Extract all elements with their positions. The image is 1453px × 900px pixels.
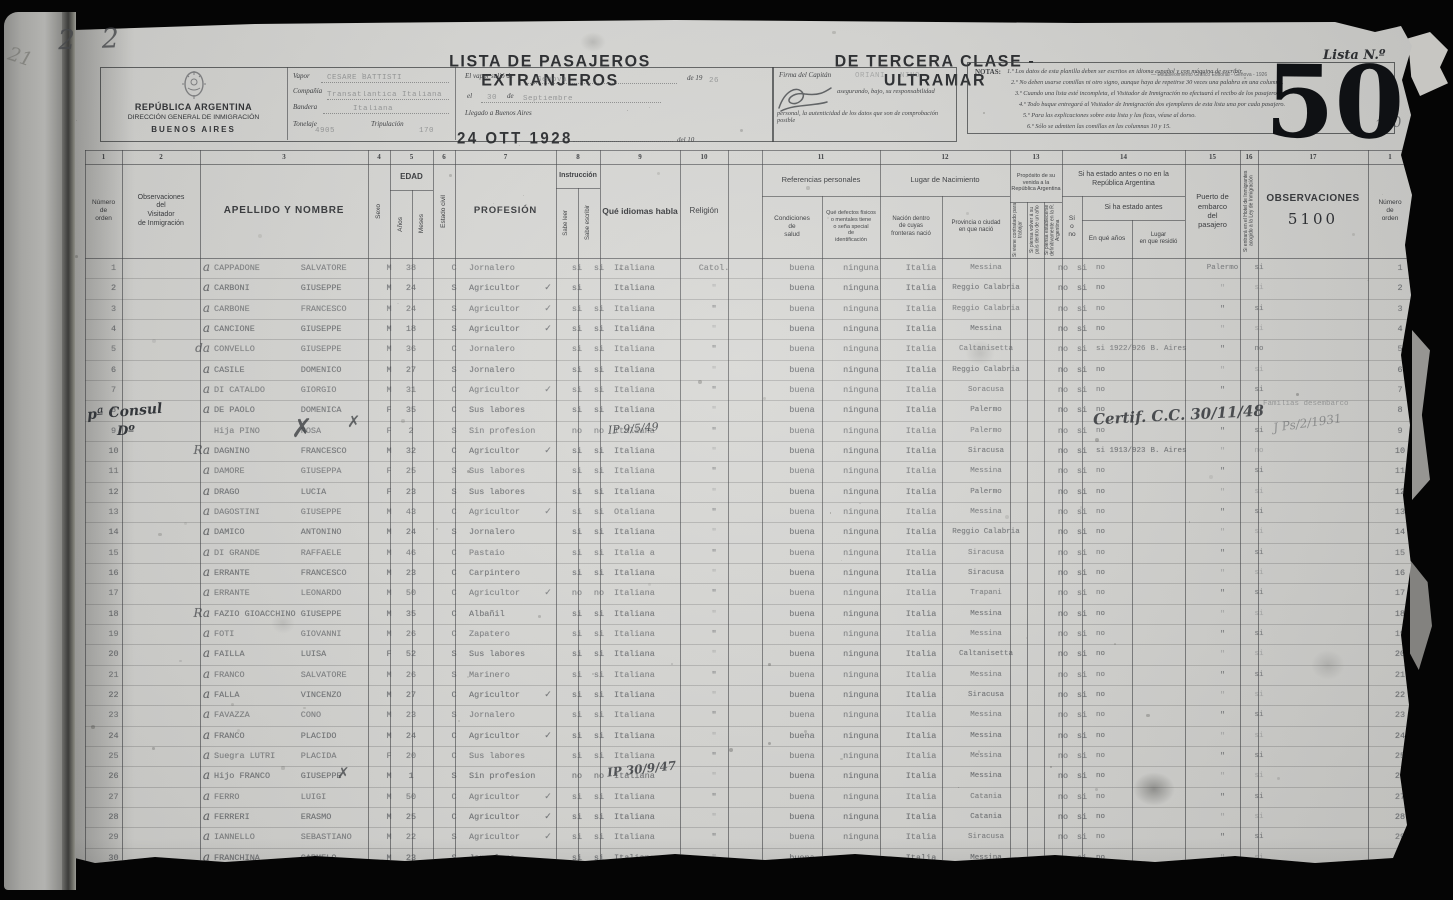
cell-nom: ERRANTE LEONARDO [210, 583, 382, 603]
cell-he: buena [772, 583, 832, 603]
cell-lg: Italiana [610, 299, 694, 319]
cell-lg: Italiana [610, 583, 694, 603]
cell-rl: " [690, 604, 738, 624]
cell-sx: F [378, 644, 400, 664]
passenger-row: 11aDAMORE GIUSEPPAF25SSus laboressisiIta… [85, 461, 1412, 482]
cell-df: ninguna [832, 258, 890, 278]
cell-he: buena [772, 360, 832, 380]
col-header-nacimiento: Lugar de Nacimiento [880, 164, 1010, 196]
cell-sx: M [378, 563, 400, 583]
profession-checkmark: ✓ [540, 299, 556, 319]
cell-ht: si [1250, 705, 1268, 725]
cell-ht: si [1250, 766, 1268, 786]
handwritten-page-number: 2 2 [57, 23, 128, 56]
cell-obs: a [132, 624, 210, 644]
col-header-nombre: APELLIDO Y NOMBRE [200, 164, 368, 258]
cell-df: ninguna [832, 766, 890, 786]
stain [580, 32, 606, 52]
col-header-hotel: Si entrará en el Hotel de Inmigrantes ac… [1240, 164, 1258, 258]
cell-he: buena [772, 441, 832, 461]
cell-ht: si [1250, 848, 1268, 868]
cell-wr: si [588, 319, 610, 339]
cell-df: ninguna [832, 482, 890, 502]
cell-ht: si [1250, 685, 1268, 705]
cell-wr: si [588, 848, 610, 868]
cell-rd: si [566, 807, 588, 827]
cell-he: buena [772, 482, 832, 502]
cell-nom: DI CATALDO GIORGIO [210, 380, 382, 400]
cell-nom: FRANCHINA CARMELO [210, 848, 382, 868]
cell-ag: 25 [400, 807, 422, 827]
cell-m1: no [1054, 665, 1072, 685]
cell-m3: no [1092, 543, 1146, 563]
passenger-row: 22aFALLA VINCENZOM27CAgricultor✓sisiItal… [85, 685, 1412, 706]
cell-m1: no [1054, 543, 1072, 563]
cell-sx: M [378, 522, 400, 542]
cell-m1: no [1054, 278, 1072, 298]
cell-pt: " [1195, 319, 1250, 339]
document-page: LISTA DE PASAJEROS EXTRANJEROS DE TERCER… [75, 20, 1412, 878]
cell-cv: C [443, 726, 465, 746]
cell-pt: " [1195, 543, 1250, 563]
cell-ht: si [1250, 644, 1268, 664]
cell-obs: Ra [132, 441, 210, 461]
cell-num1: 10 [95, 441, 132, 461]
cell-nom: FAVAZZA CONO [210, 705, 382, 725]
col-header-si-no: Sí o no [1062, 196, 1082, 258]
cell-wr: si [588, 604, 610, 624]
cell-df: ninguna [832, 644, 890, 664]
col-header-referencias: Referencias personales [762, 164, 880, 196]
cell-cv: S [443, 644, 465, 664]
cell-pt: " [1195, 746, 1250, 766]
passenger-row: 17aERRANTE LEONARDOM50CAgricultor✓nonoIt… [85, 583, 1412, 604]
cell-lg: Italia a [610, 543, 694, 563]
cell-ht: no [1250, 339, 1268, 359]
cell-obs: a [132, 482, 210, 502]
cell-df: ninguna [832, 461, 890, 481]
cell-m3: no [1092, 624, 1146, 644]
cell-cv: S [443, 827, 465, 847]
cell-m3: no [1092, 360, 1146, 380]
cell-lg: Italiana [610, 380, 694, 400]
el-label: el [467, 92, 472, 100]
bandera-label: Bandera [293, 103, 317, 111]
cell-m3: no [1092, 787, 1146, 807]
cell-ag: 36 [400, 339, 422, 359]
cell-obs: a [132, 644, 210, 664]
passenger-row: 10RaDAGNINO FRANCESCOM32CAgricultor✓sisi… [85, 441, 1412, 462]
cell-sx: F [378, 400, 400, 420]
cell-ag: 52 [400, 644, 422, 664]
cell-obs: a [132, 543, 210, 563]
cell-m3: no [1092, 705, 1146, 725]
cell-m1: no [1054, 461, 1072, 481]
cell-pt: " [1195, 380, 1250, 400]
tripulacion-label: Tripulación [371, 120, 404, 128]
salio-label: El vapor salió de [465, 72, 513, 80]
compania-label: Compañía [293, 87, 322, 95]
col-number: 10 [680, 150, 728, 164]
col-header-sabe-escribir: Sabe escribir [578, 188, 600, 258]
cell-m1: no [1054, 726, 1072, 746]
cell-df: ninguna [832, 827, 890, 847]
anio-value: 26 [709, 77, 719, 85]
cell-num1: 12 [95, 482, 132, 502]
cell-rl: " [690, 705, 738, 725]
cell-num1: 23 [95, 705, 132, 725]
cell-num1: 3 [95, 299, 132, 319]
cell-rl: " [690, 726, 738, 746]
cell-pt: " [1195, 787, 1250, 807]
cell-nom: FERRERI ERASMO [210, 807, 382, 827]
cell-rl: " [690, 685, 738, 705]
cell-he: buena [772, 726, 832, 746]
cell-wr: si [588, 482, 610, 502]
cell-rl: " [690, 848, 738, 868]
cell-sx: F [378, 421, 400, 441]
cell-he: buena [772, 421, 832, 441]
cell-num1: 21 [95, 665, 132, 685]
cell-wr: si [588, 258, 610, 278]
cell-pf: Zapatero [465, 624, 570, 644]
cell-lg: Italiana [610, 604, 694, 624]
cell-nom: CONVELLO GIUSEPPE [210, 339, 382, 359]
cell-num1: 26 [95, 766, 132, 786]
cell-df: ninguna [832, 746, 890, 766]
cell-m1: no [1054, 705, 1072, 725]
cell-lg: Otaliana [610, 502, 694, 522]
cell-lg: Italiana [610, 807, 694, 827]
cell-rd: si [566, 604, 588, 624]
cell-ag: 24 [400, 299, 422, 319]
cell-cv: C [443, 807, 465, 827]
cell-wr: si [588, 746, 610, 766]
passenger-row: 13aDAGOSTINI GIUSEPPEM43CAgricultor✓sisi… [85, 502, 1412, 523]
cell-rd: si [566, 726, 588, 746]
cell-df: ninguna [832, 502, 890, 522]
col-number: 15 [1185, 150, 1240, 164]
cell-obs: a [132, 522, 210, 542]
col-header-sexo: Sexo [368, 164, 390, 258]
cell-num1: 24 [95, 726, 132, 746]
org-city: BUENOS AIRES [100, 125, 287, 134]
cell-he: buena [772, 827, 832, 847]
cell-m1: no [1054, 380, 1072, 400]
cell-m1: no [1054, 563, 1072, 583]
cell-sx: M [378, 299, 400, 319]
cell-rl: " [690, 827, 738, 847]
cell-nom: CASILE DOMENICO [210, 360, 382, 380]
cell-he: buena [772, 787, 832, 807]
cell-ag: 23 [400, 705, 422, 725]
cell-nom: DAMICO ANTONINO [210, 522, 382, 542]
passenger-row: 6aCASILE DOMENICOM27SJornalerosisiItalia… [85, 360, 1412, 381]
cell-wr: si [588, 705, 610, 725]
cell-lg: Italiana [610, 319, 694, 339]
cell-rd: si [566, 441, 588, 461]
cell-pt: " [1195, 644, 1250, 664]
cell-pf: Jornalero [465, 522, 570, 542]
cell-rd: no [566, 583, 588, 603]
cell-num1: 14 [95, 522, 132, 542]
cell-he: buena [772, 299, 832, 319]
cell-rd: si [566, 339, 588, 359]
cell-rl: " [690, 502, 738, 522]
cell-m3: no [1092, 807, 1146, 827]
col-header-proposito-2: Si piensa volver á su país dentro de un … [1027, 202, 1044, 258]
cell-nom: FRANCO PLACIDO [210, 726, 382, 746]
cell-he: buena [772, 665, 832, 685]
cell-m1: no [1054, 299, 1072, 319]
cell-num2: 2 [1378, 278, 1422, 298]
cell-ag: 35 [400, 400, 422, 420]
cell-sx: M [378, 278, 400, 298]
vapor-label: Vapor [293, 72, 310, 80]
passenger-row: 24aFRANCO PLACIDOM24CAgricultor✓sisiItal… [85, 726, 1412, 747]
cell-cv: S [443, 665, 465, 685]
cell-pt: " [1195, 848, 1250, 868]
cell-df: ninguna [832, 624, 890, 644]
cell-ag: 35 [400, 604, 422, 624]
cell-ag: 46 [400, 543, 422, 563]
passenger-row: 12aDRAGO LUCIAF23SSus laboressisiItalian… [85, 482, 1412, 503]
cell-ht: si [1250, 278, 1268, 298]
cell-pl: B. Aires [1142, 441, 1195, 461]
cell-m1: no [1054, 644, 1072, 664]
cell-m3: si 1922/926 [1092, 339, 1146, 359]
cell-m1: no [1054, 787, 1072, 807]
col-header-idiomas: Qué idiomas habla [600, 164, 680, 258]
cell-m1: no [1054, 319, 1072, 339]
cell-num1: 7 [95, 380, 132, 400]
ditto-note: Dº [117, 424, 135, 439]
cell-sx: M [378, 543, 400, 563]
profession-checkmark: ✓ [540, 807, 556, 827]
notas-label: NOTAS: [975, 68, 1001, 76]
cell-obs: a [132, 502, 210, 522]
cell-pf: Jornalero [465, 258, 570, 278]
cell-df: ninguna [832, 543, 890, 563]
col-number: 5 [390, 150, 433, 164]
cell-df: ninguna [832, 563, 890, 583]
cell-he: buena [772, 746, 832, 766]
cell-df: ninguna [832, 278, 890, 298]
cell-cv: C [443, 380, 465, 400]
cell-rd: no [566, 421, 588, 441]
cell-ag: 24 [400, 726, 422, 746]
cell-rd: si [566, 278, 588, 298]
cell-m1: no [1054, 604, 1072, 624]
cell-cv: C [443, 563, 465, 583]
cell-sx: M [378, 604, 400, 624]
cell-sx: M [378, 380, 400, 400]
registry-number-stamp: 5100 [1288, 210, 1338, 229]
cell-wr: si [588, 380, 610, 400]
cell-ht: si [1250, 522, 1268, 542]
cell-he: buena [772, 807, 832, 827]
cell-pt: " [1195, 278, 1250, 298]
profession-checkmark: ✓ [540, 787, 556, 807]
cell-rd: si [566, 665, 588, 685]
cell-rl: " [690, 644, 738, 664]
cell-rd: si [566, 502, 588, 522]
cell-sx: M [378, 583, 400, 603]
cell-lg: Italiana [610, 339, 694, 359]
coat-of-arms-icon [181, 70, 207, 100]
cell-lg: Italiana [610, 461, 694, 481]
col-number: 11 [762, 150, 880, 164]
cell-ag: 50 [400, 787, 422, 807]
passenger-row: 16aERRANTE FRANCESCOM23CCarpinterosisiIt… [85, 563, 1412, 584]
col-header-profesion: PROFESIÓN [455, 164, 556, 258]
cell-pt: " [1195, 522, 1250, 542]
cell-pt: " [1195, 482, 1250, 502]
cell-cv: S [443, 705, 465, 725]
cell-rl: " [690, 746, 738, 766]
profession-checkmark: ✓ [540, 502, 556, 522]
cell-ht: si [1250, 604, 1268, 624]
col-header-proposito: Propósito de su venida a la República Ar… [1010, 164, 1062, 202]
cell-rd: si [566, 380, 588, 400]
passenger-row: 30aFRANCHINA CARMELOM23SJornalerosisiIta… [85, 848, 1412, 869]
cell-rl: " [690, 583, 738, 603]
col-header-num: Número de orden [85, 164, 122, 258]
torn-paper-fragment [1408, 32, 1448, 96]
cell-rd: si [566, 644, 588, 664]
cell-wr: si [588, 441, 610, 461]
cell-sx: M [378, 319, 400, 339]
cell-m3: no [1092, 726, 1146, 746]
cell-nom: CARBONI GIUSEPPE [210, 278, 382, 298]
cell-nom: FAILLA LUISA [210, 644, 382, 664]
cell-cv: S [443, 319, 465, 339]
cell-pt: " [1195, 685, 1250, 705]
cell-wr: si [588, 807, 610, 827]
cell-num1: 4 [95, 319, 132, 339]
col-header-provincia: Provincia o ciudad en que nació [942, 196, 1010, 258]
cell-lg: Italiana [610, 827, 694, 847]
cell-he: buena [772, 624, 832, 644]
cell-num1: 17 [95, 583, 132, 603]
cell-rd: si [566, 563, 588, 583]
cell-nom: DRAGO LUCIA [210, 482, 382, 502]
col-number: 16 [1240, 150, 1258, 164]
cell-df: ninguna [832, 522, 890, 542]
cell-rl: " [690, 807, 738, 827]
cell-num1: 1 [95, 258, 132, 278]
cell-pf: Jornalero [465, 360, 570, 380]
cell-nom: FALLA VINCENZO [210, 685, 382, 705]
speckle [832, 31, 835, 34]
cell-pf: Sus labores [465, 644, 570, 664]
cell-nom: DAGOSTINI GIUSEPPE [210, 502, 382, 522]
torn-paper-fragment [1412, 330, 1430, 500]
cell-nom: IANNELLO SEBASTIANO [210, 827, 382, 847]
cell-num2: 27 [1378, 787, 1422, 807]
col-number: 4 [368, 150, 390, 164]
col-number: 13 [1010, 150, 1062, 164]
cell-he: buena [772, 563, 832, 583]
cell-num1: 11 [95, 461, 132, 481]
cell-sx: M [378, 502, 400, 522]
cell-pt: " [1195, 766, 1250, 786]
cell-rl: " [690, 563, 738, 583]
cell-m3: no [1092, 278, 1146, 298]
cell-he: buena [772, 705, 832, 725]
captain-name-typed: ORIANI - NINO [855, 72, 920, 80]
cell-ht: si [1250, 543, 1268, 563]
cell-rd: si [566, 746, 588, 766]
cell-num2: 23 [1378, 705, 1422, 725]
cell-pt: " [1195, 502, 1250, 522]
cell-pt: " [1195, 705, 1250, 725]
col-header-num-right: Número de orden [1368, 164, 1412, 258]
cell-ht: si [1250, 787, 1268, 807]
cell-pt: " [1195, 807, 1250, 827]
org-direccion: DIRECCIÓN GENERAL DE INMIGRACIÓN [100, 114, 287, 121]
cell-df: ninguna [832, 848, 890, 868]
cell-nom: CANCIONE GIUSEPPE [210, 319, 382, 339]
cell-df: ninguna [832, 726, 890, 746]
cell-ht: si [1250, 380, 1268, 400]
cell-m3: no [1092, 461, 1146, 481]
cell-pf: Jornalero [465, 848, 570, 868]
cell-sx: M [378, 787, 400, 807]
cell-nom: ERRANTE FRANCESCO [210, 563, 382, 583]
cell-ag: 26 [400, 624, 422, 644]
cell-ag: 43 [400, 502, 422, 522]
cell-lg: Italiana [610, 482, 694, 502]
col-number [728, 150, 762, 164]
org-name: REPÚBLICA ARGENTINA [100, 102, 287, 112]
cell-he: buena [772, 604, 832, 624]
cell-df: ninguna [832, 400, 890, 420]
cell-m1: no [1054, 685, 1072, 705]
col-header-proposito-3: Si piensa establecerse definitivamente e… [1044, 202, 1062, 258]
profession-checkmark: ✓ [540, 583, 556, 603]
cell-obs: a [132, 746, 210, 766]
cell-ht: si [1250, 583, 1268, 603]
cell-lg: Italiana [610, 848, 694, 868]
cell-rd: si [566, 360, 588, 380]
vapor-value: CESARE BATTISTI [327, 74, 402, 82]
cell-wr: si [588, 502, 610, 522]
cell-m3: no [1092, 685, 1146, 705]
cell-cv: C [443, 441, 465, 461]
col-header-anos: Años [390, 190, 412, 258]
cell-pf: Carpintero [465, 563, 570, 583]
cell-pt: " [1195, 665, 1250, 685]
passenger-row: 7aDI CATALDO GIORGIOM31CAgricultor✓sisiI… [85, 380, 1412, 401]
cell-obs: Ra [132, 604, 210, 624]
cell-num1: 2 [95, 278, 132, 298]
cell-num1: 16 [95, 563, 132, 583]
col-header-sabe-leer: Sabe leer [556, 188, 578, 258]
cell-sx: M [378, 624, 400, 644]
cell-obs: a [132, 848, 210, 868]
passenger-row: 9Hija PINO ROSAF2SSin profesionnonoItali… [85, 421, 1412, 442]
cell-lg: Italiana [610, 278, 694, 298]
col-number: 12 [880, 150, 1010, 164]
cell-pt: " [1195, 360, 1250, 380]
cell-m1: no [1054, 746, 1072, 766]
cell-ht: si [1250, 563, 1268, 583]
cell-num1: 29 [95, 827, 132, 847]
cell-wr: si [588, 827, 610, 847]
cell-cv: C [443, 604, 465, 624]
passenger-row: 18RaFAZIO GIOACCHINO GIUSEPPEM35CAlbañil… [85, 604, 1412, 625]
